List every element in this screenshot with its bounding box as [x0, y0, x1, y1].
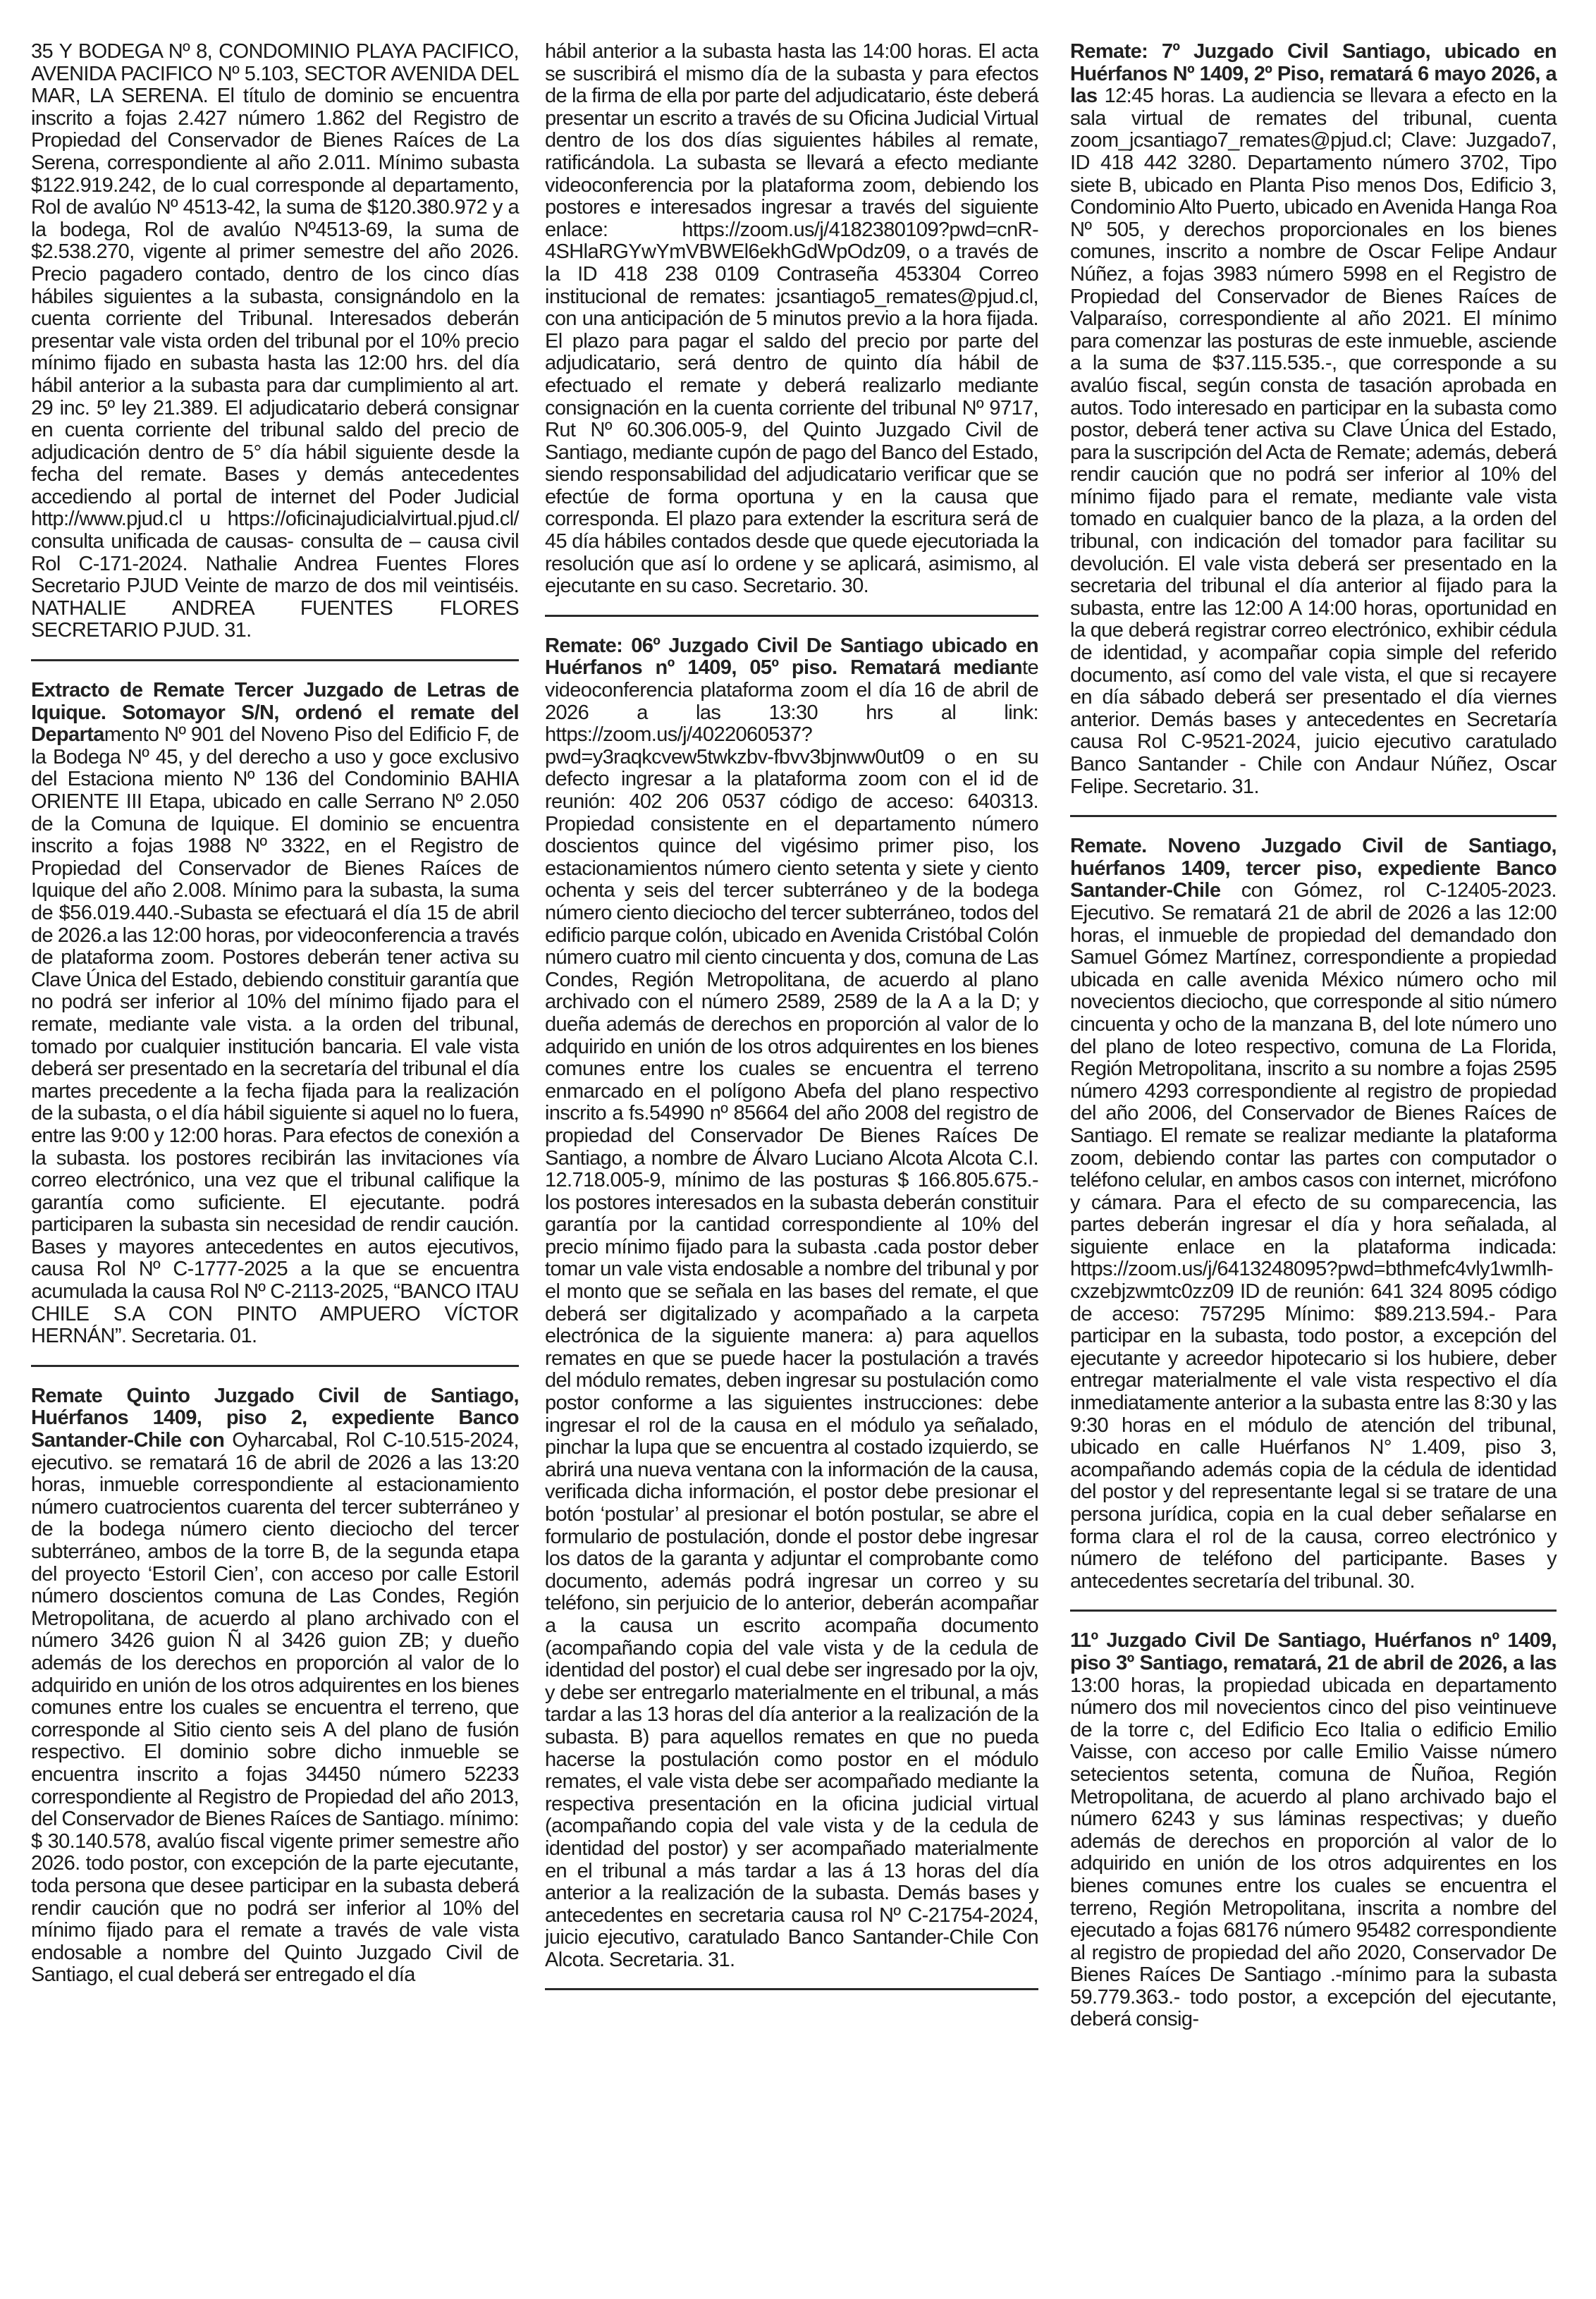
notice-body: 11º Juzgado Civil De Santiago, Huérfanos…: [1070, 1630, 1557, 2031]
notice-divider: [1070, 815, 1557, 817]
notice-body-text: mento Nº 901 del Noveno Piso del Edifici…: [31, 723, 519, 1347]
notice-tercer-juzgado-iquique: Extracto de Remate Tercer Juzgado de Let…: [31, 680, 519, 1348]
notice-undecimo-juzgado-santiago: 11º Juzgado Civil De Santiago, Huérfanos…: [1070, 1630, 1557, 2031]
notice-body: Remate Quinto Juzgado Civil de Santiago,…: [31, 1385, 519, 1987]
notice-heading: Remate: 06º Juzgado Civil De Santiago ub…: [545, 634, 1038, 680]
notice-heading: 11º Juzgado Civil De Santiago, Huérfanos…: [1070, 1629, 1557, 1674]
notice-body: Remate. Noveno Juzgado Civil de Santiago…: [1070, 835, 1557, 1593]
column-2: hábil anterior a la subasta hasta las 14…: [545, 41, 1038, 2009]
notice-body-text: te videoconferencia plataforma zoom el d…: [545, 656, 1038, 1970]
notice-body: 35 Y BODEGA Nº 8, CONDOMINIO PLAYA PACIF…: [31, 41, 519, 642]
notice-septimo-juzgado-santiago: Remate: 7º Juzgado Civil Santiago, ubica…: [1070, 41, 1557, 798]
notice-body-text: hábil anterior a la subasta hasta las 14…: [545, 40, 1038, 597]
notice-body-text: 13:00 horas, la propiedad ubicada en dep…: [1070, 1674, 1557, 2031]
notice-body-text: con Gómez, rol C-12405-2023. Ejecutivo. …: [1070, 879, 1557, 1592]
column-3: Remate: 7º Juzgado Civil Santiago, ubica…: [1070, 41, 1557, 2031]
notice-divider: [31, 1365, 519, 1367]
notice-divider: [31, 659, 519, 661]
notice-la-serena-continued: 35 Y BODEGA Nº 8, CONDOMINIO PLAYA PACIF…: [31, 41, 519, 642]
notice-body: hábil anterior a la subasta hasta las 14…: [545, 41, 1038, 598]
notice-divider: [1070, 1610, 1557, 1612]
notice-divider: [545, 615, 1038, 617]
notice-noveno-juzgado-santiago: Remate. Noveno Juzgado Civil de Santiago…: [1070, 835, 1557, 1593]
notice-body: Extracto de Remate Tercer Juzgado de Let…: [31, 680, 519, 1348]
notice-body: Remate: 06º Juzgado Civil De Santiago ub…: [545, 635, 1038, 1972]
notice-body-text: 12:45 horas. La audiencia se llevara a e…: [1070, 85, 1557, 797]
newspaper-page: 35 Y BODEGA Nº 8, CONDOMINIO PLAYA PACIF…: [0, 0, 1596, 2299]
notice-divider: [545, 1988, 1038, 1990]
column-1: 35 Y BODEGA Nº 8, CONDOMINIO PLAYA PACIF…: [31, 41, 519, 1987]
notice-body-text: 35 Y BODEGA Nº 8, CONDOMINIO PLAYA PACIF…: [31, 40, 519, 642]
notice-body: Remate: 7º Juzgado Civil Santiago, ubica…: [1070, 41, 1557, 798]
notice-sexto-juzgado-santiago: Remate: 06º Juzgado Civil De Santiago ub…: [545, 635, 1038, 1972]
notice-body-text: Oyharcabal, Rol C-10.515-2024, ejecutivo…: [31, 1429, 519, 1986]
notice-quinto-juzgado-santiago: Remate Quinto Juzgado Civil de Santiago,…: [31, 1385, 519, 1987]
notice-quinto-juzgado-continued: hábil anterior a la subasta hasta las 14…: [545, 41, 1038, 598]
